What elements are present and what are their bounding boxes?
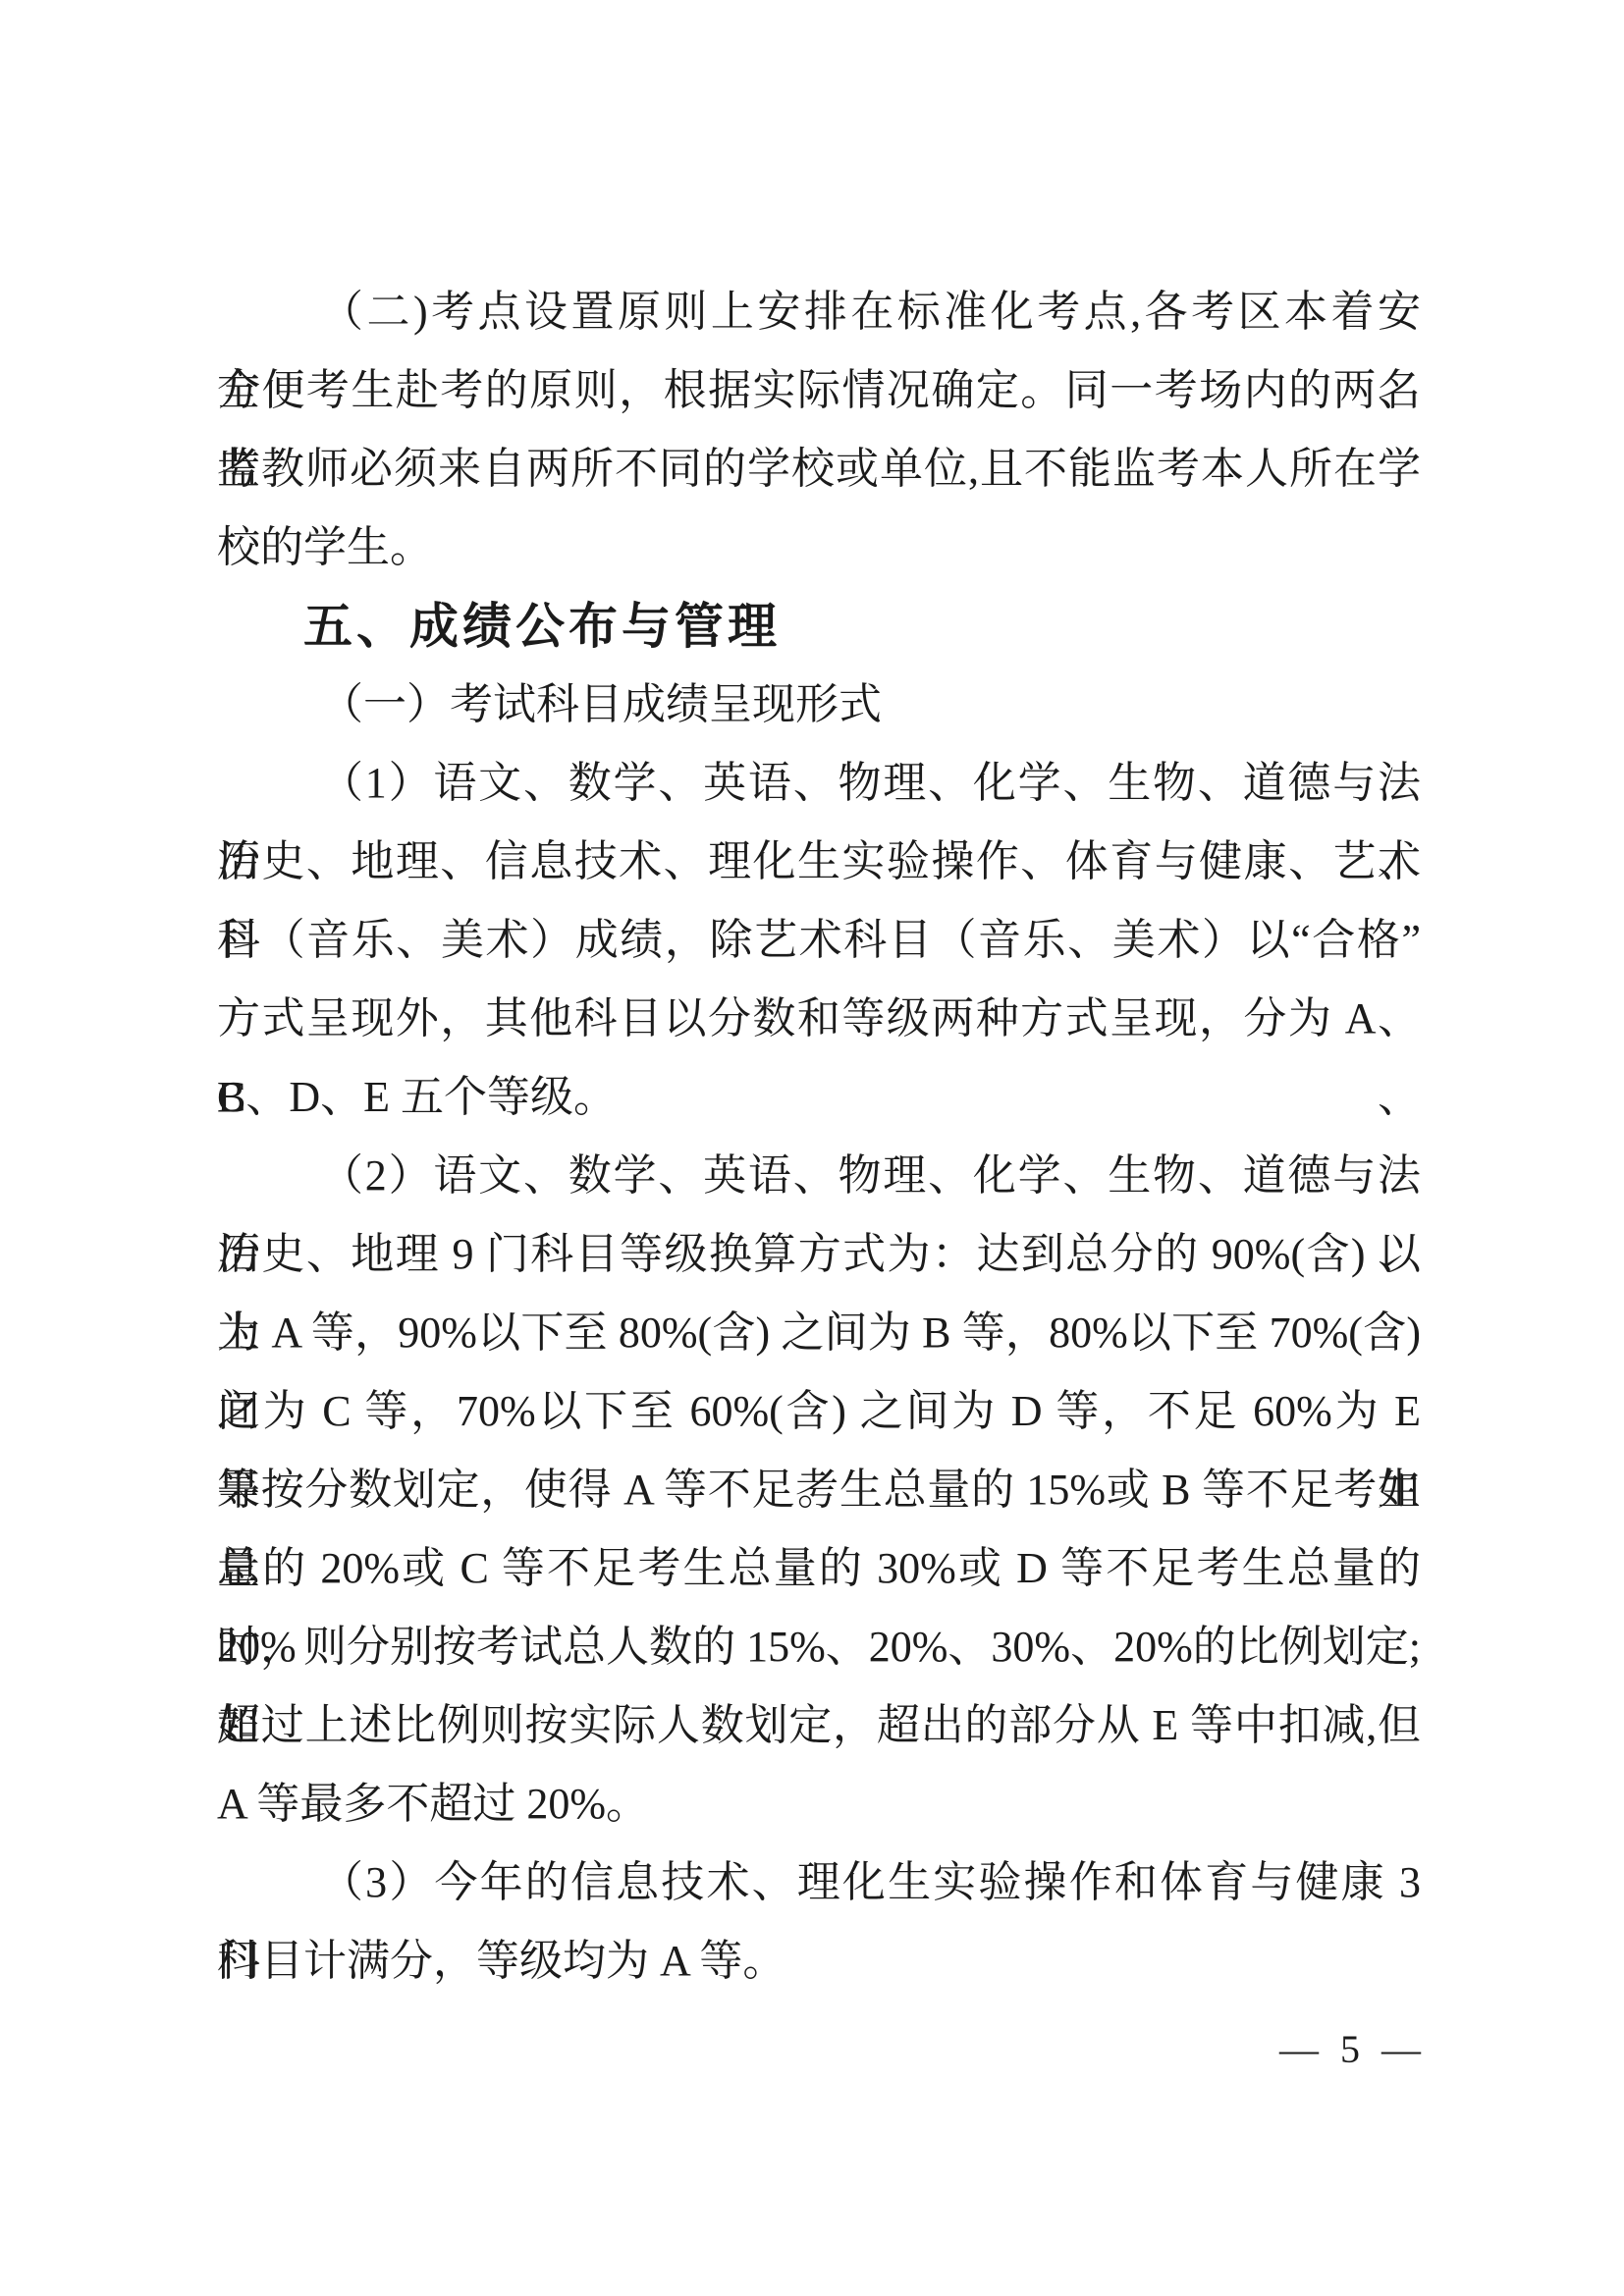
item-1-line: 方式呈现外，其他科目以分数和等级两种方式呈现，分为 A、B、 [217, 980, 1421, 1058]
item-1-line: （1）语文、数学、英语、物理、化学、生物、道德与法治、 [217, 744, 1421, 823]
subsection-heading: （一）考试科目成绩呈现形式 [217, 666, 1421, 744]
item-2-line: 历史、地理 9 门科目等级换算方式为：达到总分的 90%(含) 以上 [217, 1215, 1421, 1294]
document-body: （二)考点设置原则上安排在标准化考点,各考区本着安全、 方便考生赴考的原则，根据… [217, 273, 1421, 2001]
item-2-line: 时，则分别按考试总人数的 15%、20%、30%、20%的比例划定;如 [217, 1608, 1421, 1686]
item-3-line: （3）今年的信息技术、理化生实验操作和体育与健康 3 门 [217, 1843, 1421, 1922]
item-2-line: 为 A 等，90%以下至 80%(含) 之间为 B 等，80%以下至 70%(含… [217, 1294, 1421, 1372]
item-2-line: （2）语文、数学、英语、物理、化学、生物、道德与法治、 [217, 1137, 1421, 1215]
paragraph-2-line: （二)考点设置原则上安排在标准化考点,各考区本着安全、 [217, 273, 1421, 351]
item-2-line: 超过上述比例则按实际人数划定，超出的部分从 E 等中扣减,但 [217, 1686, 1421, 1765]
paragraph-2-line: 校的学生。 [217, 508, 1421, 587]
item-1-line: 历史、地理、信息技术、理化生实验操作、体育与健康、艺术科 [217, 823, 1421, 901]
document-page: （二)考点设置原则上安排在标准化考点,各考区本着安全、 方便考生赴考的原则，根据… [0, 0, 1624, 2296]
item-2-line: A 等最多不超过 20%。 [217, 1765, 1421, 1843]
section-heading: 五、成绩公布与管理 [217, 587, 1421, 666]
page-number: — 5 — [1279, 2020, 1423, 2079]
paragraph-2-line: 方便考生赴考的原则，根据实际情况确定。同一考场内的两名监 [217, 351, 1421, 430]
item-2-line: 量的 20%或 C 等不足考生总量的 30%或 D 等不足考生总量的 20% [217, 1529, 1421, 1608]
item-3-line: 科目计满分，等级均为 A 等。 [217, 1922, 1421, 2001]
item-2-line: 间为 C 等，70%以下至 60%(含) 之间为 D 等，不足 60%为 E 等… [217, 1372, 1421, 1451]
paragraph-2-line: 考教师必须来自两所不同的学校或单位,且不能监考本人所在学 [217, 430, 1421, 508]
item-2-line: 果按分数划定，使得 A 等不足考生总量的 15%或 B 等不足考生总 [217, 1451, 1421, 1529]
item-1-line: 目（音乐、美术）成绩，除艺术科目（音乐、美术）以“合格” [217, 901, 1421, 980]
